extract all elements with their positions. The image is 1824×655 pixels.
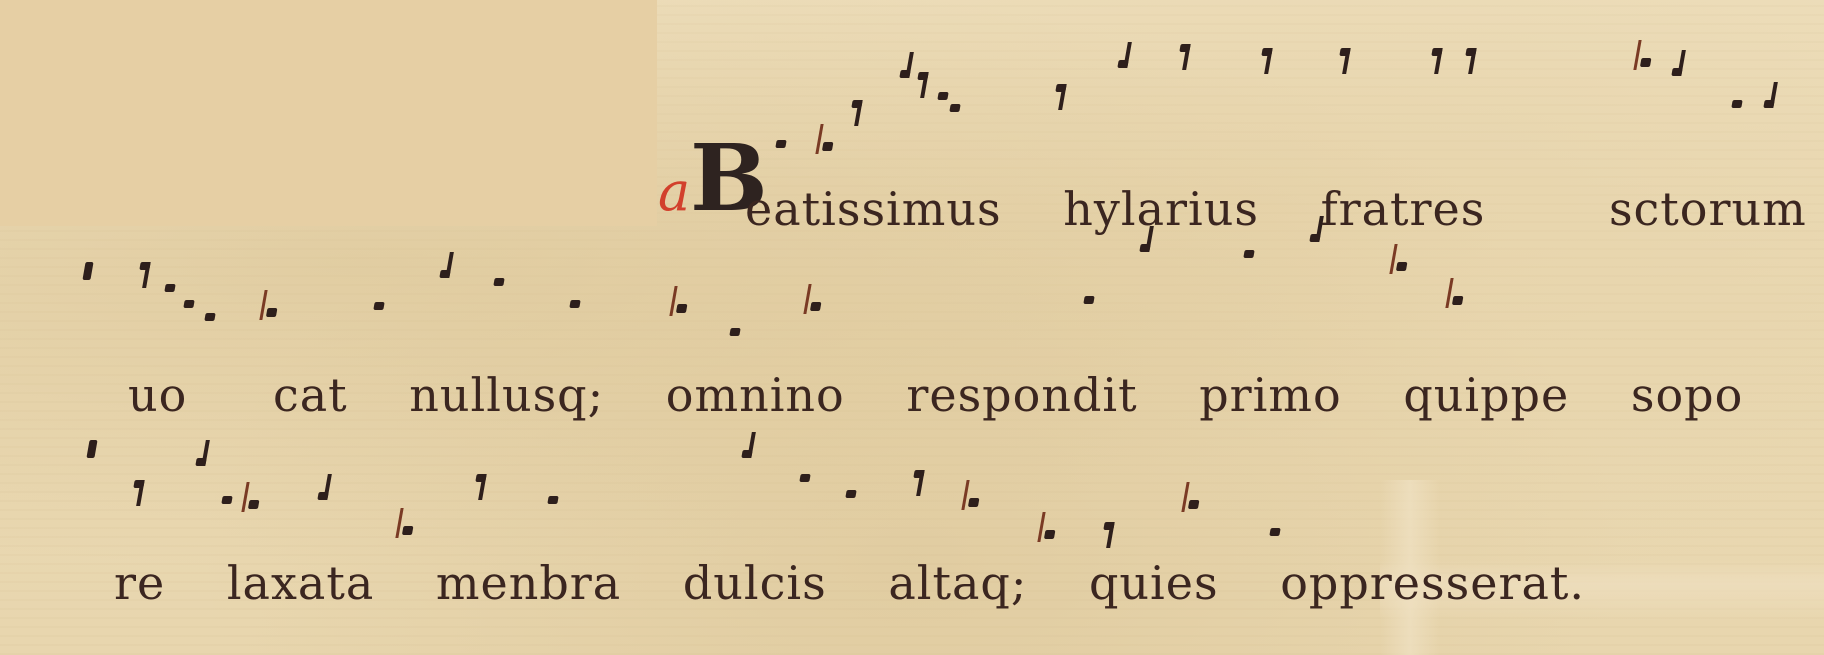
word: dulcis [683,556,827,610]
word: uo [128,368,187,422]
neume-virga [851,100,862,108]
neume-virga [1431,48,1442,56]
neume-pes [1763,100,1774,108]
neume-punctum [204,313,215,321]
word: respondit [906,368,1137,422]
text-line-2: uo cat nullusq; omnino respondit primo q… [128,368,1771,422]
neume-pes [741,450,752,458]
neume-punctum [845,490,856,498]
neume-clivis [669,286,681,316]
neume-punctum [493,278,504,286]
neume-virga [1179,44,1190,52]
word: primo [1199,368,1341,422]
neume-punctum [221,496,232,504]
neume-virga [475,474,486,482]
neume-punctum [164,284,175,292]
neume-virga [1103,522,1114,530]
neume-clivis [815,124,827,154]
neume-virga [913,470,924,478]
redaction-box [0,0,657,226]
neume-clivis [1037,512,1049,542]
neume-custos [86,440,97,458]
neume-punctum [373,302,384,310]
word: sctorum [1609,182,1807,236]
neume-punctum [1731,100,1742,108]
neume-punctum [799,474,810,482]
neume-clivis [961,480,973,510]
neume-punctum [183,300,194,308]
neume-punctum [547,496,558,504]
neume-punctum [1269,528,1280,536]
neume-virga [1339,48,1350,56]
word: quippe [1403,368,1569,422]
word: omnino [666,368,845,422]
word: eatissimus [745,182,1002,236]
word: fratres [1321,182,1486,236]
word: re [114,556,165,610]
neume-punctum [775,140,786,148]
neume-pes [439,270,450,278]
neume-punctum [1083,296,1094,304]
word: cat [273,368,348,422]
neume-clivis [241,482,253,512]
neume-virga [139,262,150,270]
text-line-1: eatissimus hylarius fratres sctorum am. [745,182,1824,236]
word: altaq; [888,556,1027,610]
word: hylarius [1063,182,1259,236]
neume-pes [1117,60,1128,68]
manuscript-page: a B eatissimus hylarius fratres sctorum … [0,0,1824,655]
text-line-3: re laxata menbra dulcis altaq; quies opp… [114,556,1613,610]
neume-pes [1309,234,1320,242]
neume-virga [1465,48,1476,56]
neume-pes [1671,68,1682,76]
neume-clivis [803,284,815,314]
neume-pes [899,70,910,78]
word: menbra [436,556,621,610]
neume-virga [1261,48,1272,56]
word: nullusq; [409,368,604,422]
neume-punctum [729,328,740,336]
word: sopo [1631,368,1743,422]
neume-pes [317,492,328,500]
neume-clivis [395,508,407,538]
neume-clivis [1389,244,1401,274]
neume-virga [917,72,928,80]
neume-punctum [937,92,948,100]
word: quies [1089,556,1219,610]
neume-custos [82,262,93,280]
neume-clivis [1181,482,1193,512]
rubric-initial: a [658,160,690,223]
neume-punctum [949,104,960,112]
neume-clivis [1445,278,1457,308]
neume-pes [195,458,206,466]
neume-punctum [1243,250,1254,258]
neume-clivis [259,290,271,320]
neume-clivis [1633,40,1645,70]
neume-virga [1055,84,1066,92]
neume-virga [133,480,144,488]
word: laxata [227,556,374,610]
neume-punctum [569,300,580,308]
neume-pes [1139,244,1150,252]
word: oppresserat. [1280,556,1585,610]
